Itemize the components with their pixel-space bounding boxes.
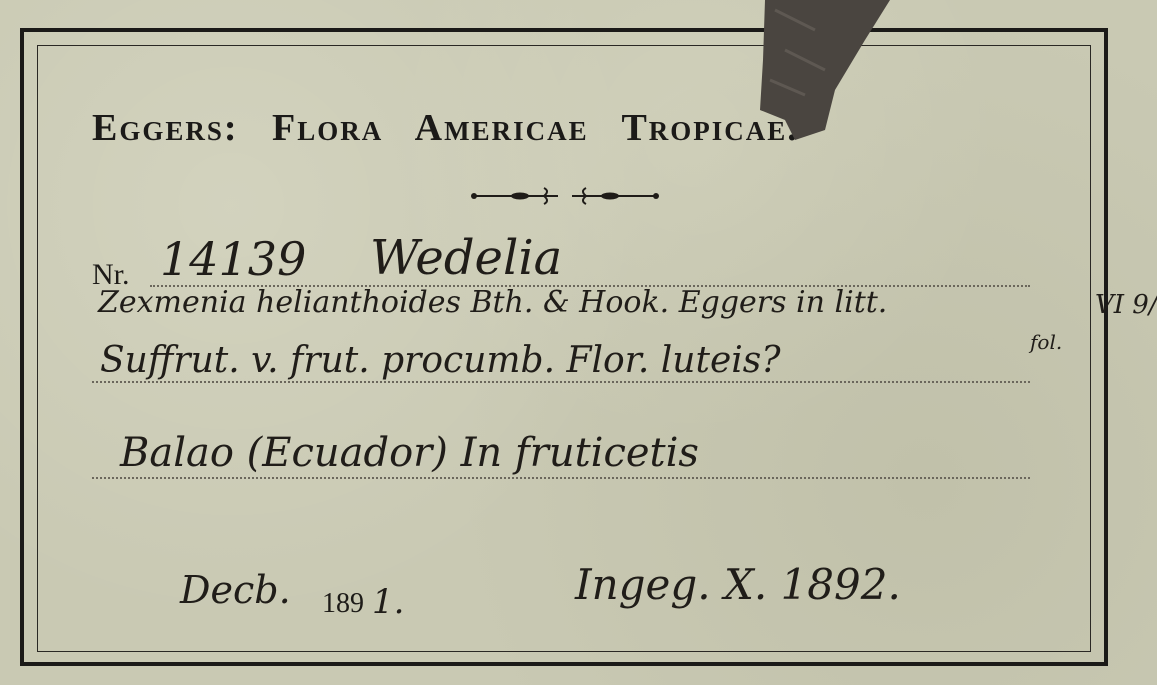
- title-word: Flora: [272, 107, 383, 149]
- genus-name: Wedelia: [370, 230, 562, 286]
- margin-note: VI 9/.: [1095, 290, 1157, 320]
- collected-year-handwritten: 1.: [372, 582, 404, 622]
- specimen-fragment: [755, 0, 895, 170]
- collection-number: 14139: [160, 232, 306, 286]
- title-word: Americae: [415, 107, 589, 149]
- species-line: Zexmenia helianthoides Bth. & Hook. Egge…: [98, 285, 887, 320]
- title-word: Eggers:: [92, 107, 239, 149]
- collected-month: Decb.: [180, 568, 291, 612]
- received-date: Ingeg. X. 1892.: [575, 560, 901, 609]
- dotted-rule: [92, 381, 1030, 383]
- locality-line: Balao (Ecuador) In fruticetis: [120, 430, 699, 476]
- dotted-rule: [92, 477, 1030, 479]
- collected-year-printed: 189: [322, 588, 364, 620]
- ornament-divider-icon: [470, 186, 660, 206]
- superscript-note: fol.: [1030, 330, 1062, 354]
- habit-line: Suffrut. v. frut. procumb. Flor. luteis?: [100, 340, 781, 381]
- label-title: Eggers: Flora Americae Tropicae.: [92, 106, 1052, 150]
- herbarium-label: Eggers: Flora Americae Tropicae. Nr. 141…: [0, 0, 1157, 685]
